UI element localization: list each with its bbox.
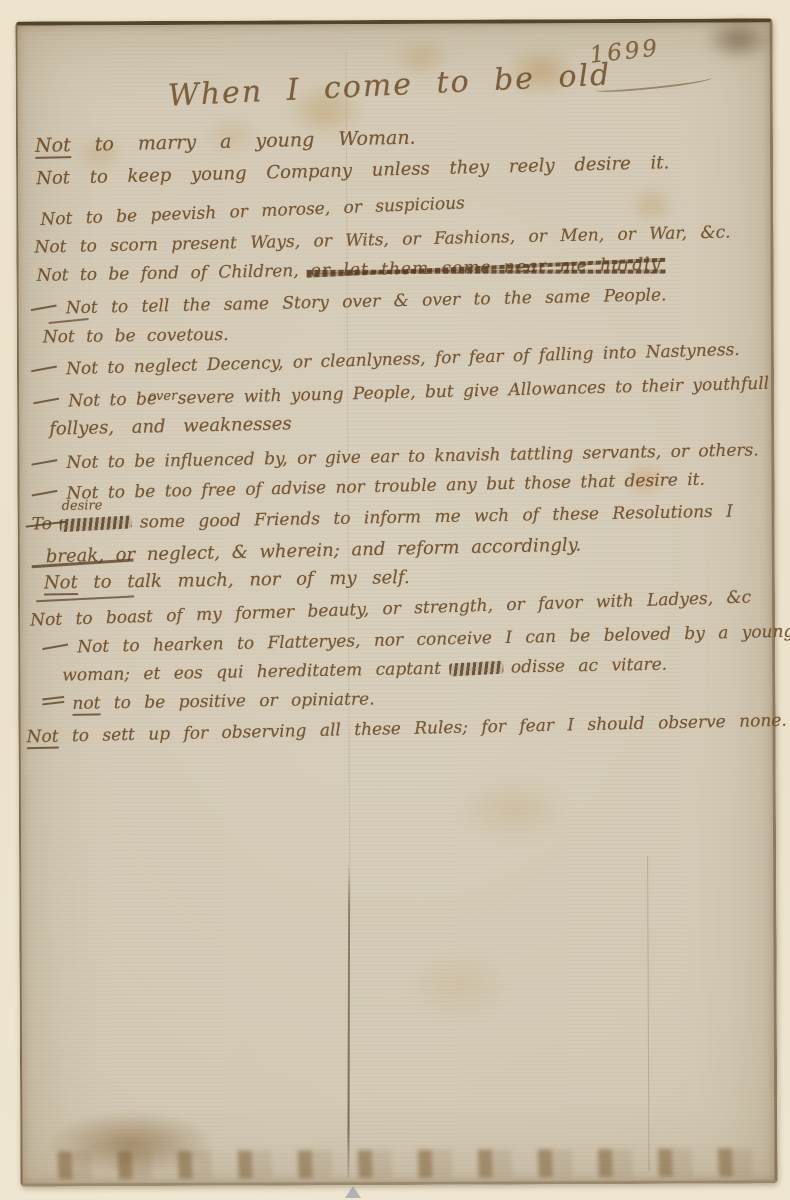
resolution-line: Todesiresome good Friends to inform me w… bbox=[32, 502, 734, 535]
line-text: to be positive or opiniatre. bbox=[100, 689, 374, 713]
line-text: Not to be peevish or morose, or suspicio… bbox=[40, 193, 465, 230]
resolution-line: Not to keep young Company unless they re… bbox=[36, 152, 670, 190]
line-text: Not to tell the same Story over & over t… bbox=[66, 285, 667, 318]
stain bbox=[628, 185, 676, 225]
resolution-line: break, or neglect, & wherein; and reform… bbox=[46, 535, 582, 568]
manuscript-photo: When I come to be old 1699 Not to marry … bbox=[0, 0, 790, 1200]
margin-dash-mark bbox=[33, 398, 59, 405]
resolution-line: woman; et eos qui hereditatem captantodi… bbox=[62, 655, 667, 686]
line-text: severe with young People, but give Allow… bbox=[177, 374, 769, 409]
resolution-line: not to be positive or opiniatre. bbox=[42, 689, 374, 714]
line-text: to talk much, nor of my self. bbox=[78, 567, 410, 593]
resolution-line: Not to marry a young Woman. bbox=[35, 127, 416, 158]
resolution-line: Not to sett up for observing all these R… bbox=[26, 711, 787, 748]
line-text: to sett up for observing all these Rules… bbox=[58, 711, 787, 747]
underlined-word: Not bbox=[35, 134, 71, 159]
underlined-word: Not bbox=[44, 572, 78, 595]
corner-stain bbox=[46, 1111, 216, 1176]
margin-dash-mark bbox=[31, 305, 57, 312]
page-title: When I come to be old bbox=[167, 57, 612, 113]
resolution-line: Not to be covetous. bbox=[43, 325, 229, 348]
insertion-anchor: desire bbox=[52, 513, 140, 535]
scratched-out-phrase: or let them come near me hardly bbox=[310, 254, 661, 280]
inserted-word: desire bbox=[61, 498, 102, 514]
resolution-line: Not to tell the same Story over & over t… bbox=[31, 285, 667, 319]
margin-dash-mark bbox=[31, 459, 57, 466]
line-text: break, or neglect, & wherein; and reform… bbox=[46, 535, 582, 568]
margin-dash-mark bbox=[32, 490, 58, 497]
paper-sheet: When I come to be old 1699 Not to marry … bbox=[15, 18, 777, 1186]
line-text: to marry a young Woman. bbox=[70, 127, 415, 157]
line-text: Not to be bbox=[68, 389, 157, 411]
stain bbox=[703, 18, 773, 60]
scratched-out-word bbox=[449, 661, 504, 677]
underlined-word: not bbox=[72, 693, 100, 715]
margin-dash-mark bbox=[42, 644, 68, 651]
stain bbox=[407, 949, 512, 1021]
line-text: Not to hearken to Flatteryes, nor concei… bbox=[77, 622, 790, 658]
line-text: Not to be too free of advise nor trouble… bbox=[66, 470, 705, 504]
resolution-line: Not to be fond of Children,or let them c… bbox=[36, 254, 661, 286]
line-text: follyes, and weaknesses bbox=[49, 413, 292, 439]
year-text: 1699 bbox=[588, 35, 661, 69]
line-text: Not to be fond of Children, bbox=[36, 261, 298, 286]
year-underline-flourish bbox=[595, 73, 713, 94]
resolution-line: Not to talk much, nor of my self. bbox=[44, 567, 410, 594]
stain bbox=[456, 778, 571, 841]
resolution-line: Not to be peevish or morose, or suspicio… bbox=[40, 193, 465, 230]
resolution-line: Not to be too free of advise nor trouble… bbox=[31, 470, 705, 505]
inserted-word: over bbox=[148, 389, 177, 405]
resolution-line: follyes, and weaknesses bbox=[49, 413, 292, 440]
line-text: some good Friends to inform me wch of th… bbox=[140, 502, 733, 533]
line-text: Not to keep young Company unless they re… bbox=[36, 152, 670, 189]
margin-dash-mark bbox=[31, 365, 57, 372]
scratched-out-word bbox=[60, 515, 133, 532]
mount-mark bbox=[345, 1186, 361, 1198]
line-text: woman; et eos qui hereditatem captant bbox=[62, 659, 441, 686]
underlined-word: Not bbox=[26, 727, 58, 750]
fold-crease bbox=[647, 856, 649, 1171]
resolution-line: Not to be over severe with young People,… bbox=[33, 374, 769, 413]
resolution-line: Not to scorn present Ways, or Wits, or F… bbox=[34, 222, 730, 258]
fold-crease bbox=[347, 857, 350, 1177]
line-text: Not to be covetous. bbox=[43, 325, 229, 347]
line-text: odisse ac vitare. bbox=[511, 655, 667, 678]
margin-dash-mark bbox=[42, 697, 64, 707]
margin-dash-mark bbox=[36, 595, 134, 602]
line-text: Not to scorn present Ways, or Wits, or F… bbox=[34, 222, 730, 257]
resolution-line: Not to hearken to Flatteryes, nor concei… bbox=[42, 622, 790, 659]
